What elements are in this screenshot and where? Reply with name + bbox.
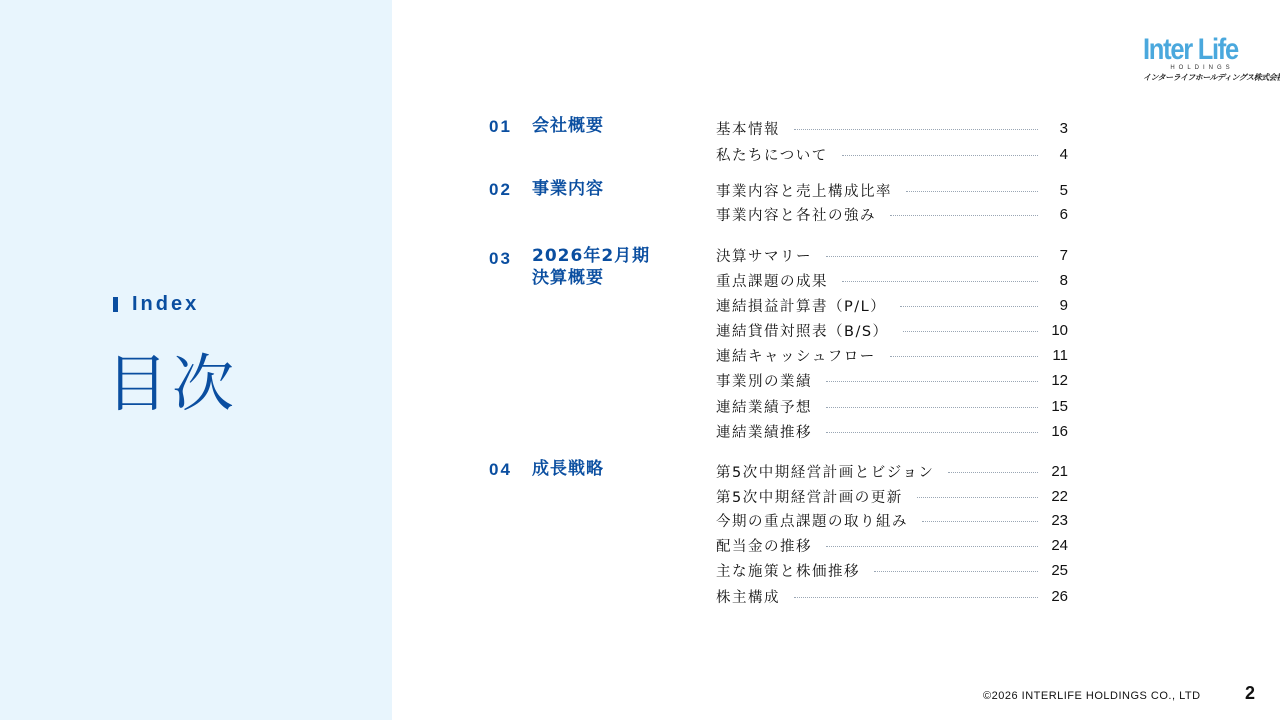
toc-item[interactable]: 今期の重点課題の取り組み23 [716,510,1068,530]
leader-dots [874,571,1038,572]
leader-dots [826,407,1038,408]
company-logo: Inter Life HOLDINGS インターライフホールディングス株式会社 [1143,36,1251,83]
toc-item[interactable]: 株主構成26 [716,586,1068,606]
toc-page-number: 12 [1048,372,1068,389]
toc-label: 連結貸借対照表（B/S） [716,320,889,341]
toc-page-number: 22 [1048,488,1068,505]
copyright-notice: ©2026 INTERLIFE HOLDINGS CO., LTD [983,690,1201,702]
toc-label: 事業内容と売上構成比率 [716,180,892,201]
leader-dots [890,215,1038,216]
toc-page-number: 11 [1048,347,1068,364]
toc-item[interactable]: 事業内容と各社の強み6 [716,204,1068,224]
leader-dots [900,306,1038,307]
leader-dots [842,155,1038,156]
toc-page-number: 21 [1048,463,1068,480]
section-title: 2026年2月期 [532,245,650,267]
leader-dots [922,521,1038,522]
toc-label: 決算サマリー [716,245,812,266]
section-number: 02 [489,180,512,200]
toc-item[interactable]: 基本情報3 [716,118,1068,138]
toc-item[interactable]: 連結業績予想15 [716,396,1068,416]
toc-label: 重点課題の成果 [716,270,828,291]
toc-item[interactable]: 連結キャッシュフロー11 [716,345,1068,365]
toc-page-number: 3 [1048,120,1068,137]
toc-page-number: 25 [1048,562,1068,579]
toc-page-number: 10 [1048,322,1068,339]
toc-label: 第5次中期経営計画の更新 [716,486,903,507]
toc-page-number: 5 [1048,182,1068,199]
section-number: 03 [489,249,512,269]
toc-page-number: 9 [1048,297,1068,314]
leader-dots [906,191,1038,192]
toc-item[interactable]: 配当金の推移24 [716,535,1068,555]
section-number: 01 [489,117,512,137]
logo-jp-text: インターライフホールディングス株式会社 [1143,72,1251,83]
index-bar-marker [113,297,118,312]
toc-page-number: 6 [1048,206,1068,223]
toc-item[interactable]: 第5次中期経営計画とビジョン21 [716,461,1068,481]
slide-number: 2 [1245,683,1255,704]
toc-label: 事業内容と各社の強み [716,204,876,225]
toc-item[interactable]: 主な施策と株価推移25 [716,560,1068,580]
toc-label: 連結業績推移 [716,421,812,442]
toc-page-number: 24 [1048,537,1068,554]
toc-page-number: 7 [1048,247,1068,264]
leader-dots [842,281,1038,282]
leader-dots [890,356,1038,357]
leader-dots [948,472,1038,473]
toc-page-number: 4 [1048,146,1068,163]
leader-dots [826,256,1038,257]
section-title: 成長戦略 [532,458,604,480]
index-label: Index [113,293,199,316]
toc-label: 主な施策と株価推移 [716,560,860,581]
toc-label: 今期の重点課題の取り組み [716,510,908,531]
toc-item[interactable]: 連結貸借対照表（B/S）10 [716,320,1068,340]
leader-dots [794,129,1038,130]
toc-item[interactable]: 私たちについて4 [716,144,1068,164]
toc-item[interactable]: 連結損益計算書（P/L）9 [716,295,1068,315]
toc-item[interactable]: 重点課題の成果8 [716,270,1068,290]
section-number: 04 [489,460,512,480]
toc-page-number: 26 [1048,588,1068,605]
page-title: 目次 [106,334,238,423]
leader-dots [826,381,1038,382]
leader-dots [903,331,1038,332]
toc-item[interactable]: 決算サマリー7 [716,245,1068,265]
toc-page-number: 23 [1048,512,1068,529]
toc-label: 株主構成 [716,586,780,607]
toc-item[interactable]: 事業別の業績12 [716,370,1068,390]
leader-dots [826,546,1038,547]
toc-label: 第5次中期経営計画とビジョン [716,461,934,482]
toc-label: 連結キャッシュフロー [716,345,876,366]
toc-label: 事業別の業績 [716,370,812,391]
toc-page-number: 15 [1048,398,1068,415]
section-title-line2: 決算概要 [532,267,604,289]
toc-label: 私たちについて [716,144,828,165]
toc-label: 連結損益計算書（P/L） [716,295,886,316]
section-title: 事業内容 [532,178,604,200]
section-title: 会社概要 [532,115,604,137]
toc-page-number: 16 [1048,423,1068,440]
logo-main-text: Inter Life [1143,36,1235,64]
toc-page-number: 8 [1048,272,1068,289]
toc-item[interactable]: 第5次中期経営計画の更新22 [716,486,1068,506]
toc-item[interactable]: 連結業績推移16 [716,421,1068,441]
leader-dots [917,497,1038,498]
leader-dots [826,432,1038,433]
toc-label: 配当金の推移 [716,535,812,556]
leader-dots [794,597,1038,598]
toc-label: 基本情報 [716,118,780,139]
toc-item[interactable]: 事業内容と売上構成比率5 [716,180,1068,200]
index-label-text: Index [132,293,199,316]
toc-label: 連結業績予想 [716,396,812,417]
